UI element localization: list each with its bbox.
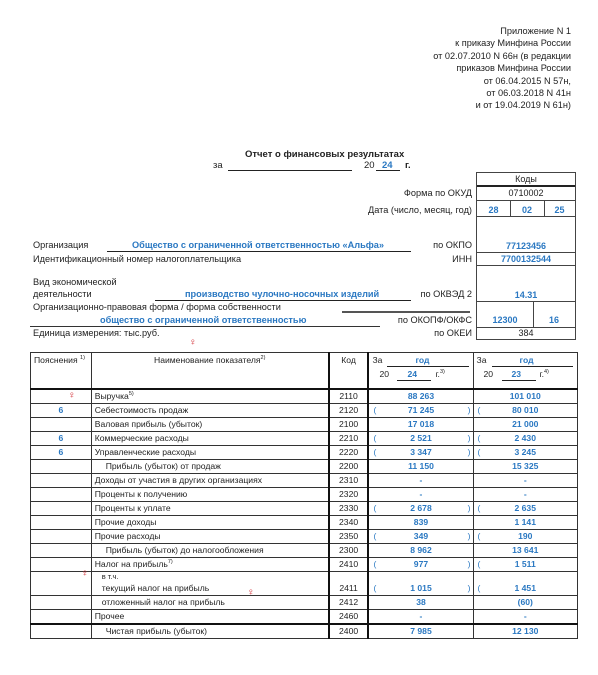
row-current-value[interactable]: (71 245) [368,404,473,418]
okpo-value[interactable]: 77123456 [477,241,575,251]
row-code: 2330 [329,502,369,516]
value-text: 11 150 [408,461,434,471]
row-previous-value[interactable]: (1 511 [473,558,578,572]
row-name-text: Прочее [95,611,125,621]
row-name: Налог на прибыль7) [91,558,328,572]
activity-value[interactable]: производство чулочно-носочных изделий [185,289,379,299]
row-current-value[interactable]: (977) [368,558,473,572]
org-name-underline [107,251,411,252]
footnote-ref: 5) [129,391,134,397]
appendix-line: от 06.03.2018 N 41н [311,87,571,99]
value-text: 3 245 [514,447,536,457]
row-code: 2400 [329,624,369,639]
row-code: 2210 [329,432,369,446]
row-note[interactable] [31,544,92,558]
paren-open: ( [478,446,481,459]
value-text: - [420,475,423,485]
appendix-line: Приложение N 1 [311,25,571,37]
row-current-value[interactable]: 88 263 [368,389,473,404]
value-text: - [524,489,527,499]
date-year[interactable]: 25 [544,205,575,215]
legal-form-top-line [342,311,470,313]
row-name-text: отложенный налог на прибыль [102,597,225,607]
row-previous-value[interactable]: (60) [473,596,578,610]
row-note[interactable] [31,488,92,502]
row-code: 2350 [329,530,369,544]
row-code: 2200 [329,460,369,474]
row-code: 2100 [329,418,369,432]
value-text: 977 [414,559,428,569]
paren-open: ( [478,582,481,595]
date-month[interactable]: 02 [510,205,544,215]
appendix-line: к приказу Минфина России [311,37,571,49]
row-note[interactable] [31,530,92,544]
table-row: Прочее2460-- [31,610,578,625]
codes-box: Коды 0710002 28 02 25 77123456 770013254… [476,172,576,340]
value-text: 839 [414,517,428,527]
table-row: Налог на прибыль7)2410(977)(1 511 [31,558,578,572]
row-current-value[interactable]: 17 018 [368,418,473,432]
paren-close: ) [468,582,471,595]
date-label: Дата (число, месяц, год) [368,205,472,215]
value-text: 101 010 [510,391,541,401]
legal-form-label: Организационно-правовая форма / форма со… [33,302,281,312]
value-text: 17 018 [408,419,434,429]
row-code: 2460 [329,610,369,625]
row-name: Прибыль (убыток) от продаж [91,460,328,474]
okei-value: 384 [477,328,575,338]
row-note[interactable] [31,596,92,610]
paren-open: ( [373,432,376,445]
table-row: Чистая прибыль (убыток)24007 98512 130 [31,624,578,639]
value-text: 1 451 [514,583,536,593]
row-note[interactable]: 6 [31,446,92,460]
row-current-value[interactable]: (2 521) [368,432,473,446]
paren-open: ( [478,530,481,543]
okfs-value[interactable]: 16 [533,315,575,325]
paren-open: ( [478,558,481,571]
value-text: 2 678 [410,503,432,513]
okei-label: по ОКЕИ [434,328,472,338]
row-note[interactable]: 6 [31,404,92,418]
table-row: Валовая прибыль (убыток)210017 01821 000 [31,418,578,432]
value-text: 2 521 [410,433,432,443]
row-name-text: Валовая прибыль (убыток) [95,419,203,429]
row-name-text: Прочие доходы [95,517,157,527]
appendix-line: и от 19.04.2019 N 61н) [311,99,571,111]
row-name-text: Доходы от участия в других организациях [95,475,262,485]
row-code: 2120 [329,404,369,418]
paren-open: ( [373,530,376,543]
row-current-value[interactable]: 38 [368,596,473,610]
row-note[interactable] [31,502,92,516]
table-row: 6Себестоимость продаж2120(71 245)(80 010 [31,404,578,418]
value-text: 38 [416,597,426,607]
row-code: 2110 [329,389,369,404]
org-name[interactable]: Общество с ограниченной ответственностью… [132,240,384,250]
paren-open: ( [478,404,481,417]
paren-close: ) [468,404,471,417]
row-name-text: Чистая прибыль (убыток) [106,626,207,636]
row-code: 2320 [329,488,369,502]
period-za-label: за [213,160,223,171]
row-previous-value[interactable]: (2 635 [473,502,578,516]
table-row: Прочие расходы2350(349)(190 [31,530,578,544]
row-note[interactable] [31,516,92,530]
okud-value[interactable]: 0710002 [477,188,575,198]
row-previous-value[interactable]: 101 010 [473,389,578,404]
row-name: Коммерческие расходы [91,432,328,446]
table-row: Выручка5)211088 263101 010 [31,389,578,404]
row-name: в т.ч.текущий налог на прибыль [91,572,328,596]
year-value[interactable]: 24 [382,160,393,171]
row-name-text: Проценты к уплате [95,503,171,513]
row-previous-value[interactable]: 15 325 [473,460,578,474]
okopf-value[interactable]: 12300 [477,315,533,325]
value-text: 7 985 [410,626,432,636]
value-text: - [420,611,423,621]
okud-label: Форма по ОКУД [404,188,472,198]
row-name-text: Проценты к получению [95,489,188,499]
paren-open: ( [478,432,481,445]
paren-close: ) [468,502,471,515]
row-name: Прочие расходы [91,530,328,544]
unit-label: Единица измерения: тыс.руб. [33,328,160,338]
row-name-text: Себестоимость продаж [95,405,189,415]
appendix-reference: Приложение N 1 к приказу Минфина России … [311,25,571,112]
value-text: 190 [518,531,532,541]
table-row: Прибыль (убыток) от продаж220011 15015 3… [31,460,578,474]
header-current-period: За год 20 24 г.3) [368,353,473,390]
row-name-text: Прибыль (убыток) до налогообложения [106,545,264,555]
appendix-line: приказов Минфина России [311,62,571,74]
value-text: 15 325 [512,461,538,471]
row-name: отложенный налог на прибыль [91,596,328,610]
row-name-text: Коммерческие расходы [95,433,189,443]
row-previous-value[interactable]: (80 010 [473,404,578,418]
row-current-value[interactable]: 7 985 [368,624,473,639]
row-current-value[interactable]: (349) [368,530,473,544]
row-previous-value[interactable]: 13 641 [473,544,578,558]
appendix-line: от 02.07.2010 N 66н (в редакции [311,50,571,62]
table-header-row: Пояснения 1) Наименование показателя2) К… [31,353,578,390]
row-previous-value[interactable]: - [473,474,578,488]
row-current-value[interactable]: - [368,488,473,502]
row-name: Проценты к получению [91,488,328,502]
legal-form-value[interactable]: общество с ограниченной ответственностью [100,315,306,325]
row-note[interactable] [31,624,92,639]
footnote-ref: 7) [168,559,173,565]
header-code: Код [329,353,369,390]
table-row: Доходы от участия в других организациях2… [31,474,578,488]
row-code: 2310 [329,474,369,488]
okopf-label: по ОКОПФ/ОКФС [398,315,472,325]
row-name: Прочие доходы [91,516,328,530]
header-notes: Пояснения 1) [31,353,92,390]
row-previous-value[interactable]: 12 130 [473,624,578,639]
row-current-value[interactable]: (1 015) [368,572,473,596]
value-text: - [524,611,527,621]
row-previous-value[interactable]: 1 141 [473,516,578,530]
okved-label: по ОКВЭД 2 [421,289,472,299]
value-text: 3 347 [410,447,432,457]
row-name-text: Прибыль (убыток) от продаж [106,461,221,471]
paren-open: ( [373,502,376,515]
activity-label-2: деятельности [33,289,92,299]
row-previous-value[interactable]: (1 451 [473,572,578,596]
row-previous-value[interactable]: (2 430 [473,432,578,446]
paren-close: ) [468,530,471,543]
paren-open: ( [373,404,376,417]
row-name: Доходы от участия в других организациях [91,474,328,488]
legal-form-underline [30,326,380,327]
row-note[interactable] [31,474,92,488]
year-prefix: 20 [364,160,375,171]
row-code: 2300 [329,544,369,558]
table-row: Прочие доходы23408391 141 [31,516,578,530]
row-name-text: Прочие расходы [95,531,161,541]
row-code: 2411 [329,572,369,596]
codes-header: Коды [477,174,575,184]
row-name: Прочее [91,610,328,625]
table-row: в т.ч.текущий налог на прибыль2411(1 015… [31,572,578,596]
paren-close: ) [468,446,471,459]
value-text: 1 141 [514,517,536,527]
year-unit: г. [405,160,411,171]
value-text: - [420,489,423,499]
row-note[interactable] [31,389,92,404]
table-row: отложенный налог на прибыль241238(60) [31,596,578,610]
report-title: Отчет о финансовых результатах [245,149,404,160]
row-current-value[interactable]: 11 150 [368,460,473,474]
value-text: 1 015 [410,583,432,593]
paren-close: ) [468,558,471,571]
row-current-value[interactable]: 8 962 [368,544,473,558]
paren-open: ( [373,446,376,459]
row-current-value[interactable]: 839 [368,516,473,530]
activity-underline [155,300,411,301]
row-name: Выручка5) [91,389,328,404]
row-name: Управленческие расходы [91,446,328,460]
row-name: Проценты к уплате [91,502,328,516]
paren-close: ) [468,432,471,445]
row-note[interactable]: 6 [31,432,92,446]
table-row: Проценты к получению2320-- [31,488,578,502]
row-name: Чистая прибыль (убыток) [91,624,328,639]
row-current-value[interactable]: (2 678) [368,502,473,516]
paren-open: ( [478,502,481,515]
row-code: 2410 [329,558,369,572]
okved-value[interactable]: 14.31 [477,290,575,300]
row-previous-value[interactable]: 21 000 [473,418,578,432]
row-code: 2220 [329,446,369,460]
header-previous-period: За год 20 23 г.4) [473,353,578,390]
inn-code-label: ИНН [452,254,472,264]
row-name-text: Управленческие расходы [95,447,196,457]
row-current-value[interactable]: - [368,474,473,488]
annotation-marker-icon: ♀ [189,338,197,348]
paren-open: ( [373,582,376,595]
table-row: 6Коммерческие расходы2210(2 521)(2 430 [31,432,578,446]
row-current-value[interactable]: - [368,610,473,625]
table-row: 6Управленческие расходы2220(3 347)(3 245 [31,446,578,460]
date-day[interactable]: 28 [477,205,510,215]
financial-results-table: Пояснения 1) Наименование показателя2) К… [30,352,578,639]
row-previous-value[interactable]: (190 [473,530,578,544]
value-text: 2 430 [514,433,536,443]
table-row: Прибыль (убыток) до налогообложения23008… [31,544,578,558]
row-name: Прибыль (убыток) до налогообложения [91,544,328,558]
paren-open: ( [373,558,376,571]
header-name: Наименование показателя2) [91,353,328,390]
value-text: 88 263 [408,391,434,401]
annotation-marker-icon: ♀ [81,569,89,579]
row-name-text: Выручка [95,391,129,401]
annotation-marker-icon: ♀ [247,588,255,598]
row-code: 2340 [329,516,369,530]
row-name-text: Налог на прибыль [95,559,168,569]
value-text: 13 641 [512,545,538,555]
org-label: Организация [33,240,88,250]
row-note[interactable] [31,418,92,432]
value-text: 2 635 [514,503,536,513]
row-note[interactable] [31,460,92,474]
inn-label: Идентификационный номер налогоплательщик… [33,254,241,264]
value-text: 349 [414,531,428,541]
okpo-label: по ОКПО [433,240,472,250]
row-current-value[interactable]: (3 347) [368,446,473,460]
value-text: (60) [518,597,533,607]
appendix-line: от 06.04.2015 N 57н, [311,75,571,87]
value-text: 1 511 [515,559,536,569]
value-text: 80 010 [512,405,538,415]
row-previous-value[interactable]: - [473,488,578,502]
table-row: Проценты к уплате2330(2 678)(2 635 [31,502,578,516]
value-text: 71 245 [408,405,434,415]
value-text: 8 962 [410,545,432,555]
row-name: Себестоимость продаж [91,404,328,418]
activity-label-1: Вид экономической [33,277,117,287]
value-text: 21 000 [512,419,538,429]
row-name-text: текущий налог на прибыль [102,583,210,593]
annotation-marker-icon: ♀ [68,391,76,401]
row-previous-value[interactable]: - [473,610,578,625]
row-name-prefix: в т.ч. [102,572,325,582]
period-field[interactable] [228,170,352,171]
row-name: Валовая прибыль (убыток) [91,418,328,432]
row-previous-value[interactable]: (3 245 [473,446,578,460]
inn-value[interactable]: 7700132544 [477,254,575,264]
value-text: 12 130 [512,626,538,636]
row-note[interactable] [31,610,92,625]
row-code: 2412 [329,596,369,610]
value-text: - [524,475,527,485]
